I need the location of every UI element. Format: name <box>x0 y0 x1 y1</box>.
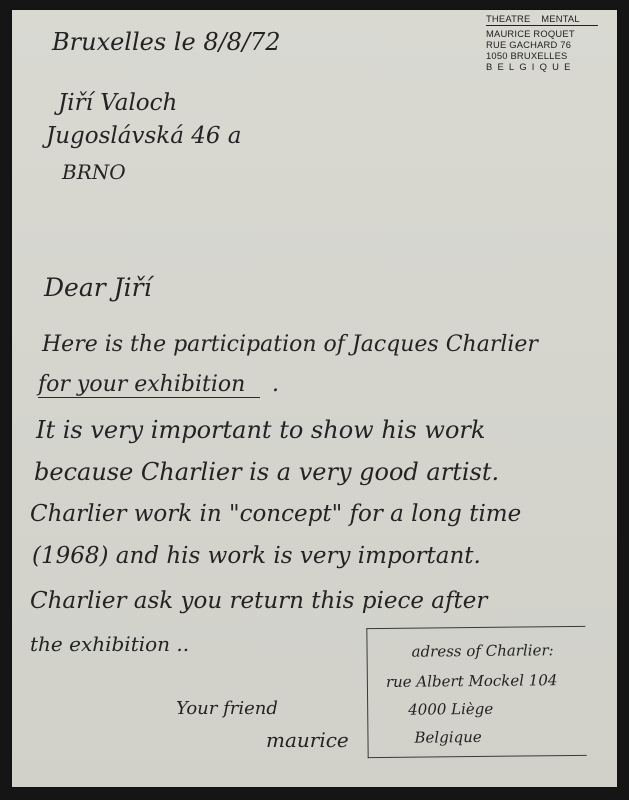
letterhead-street: RUE GACHARD 76 <box>486 39 598 50</box>
letterhead-title: THEATRE MENTAL <box>486 13 598 26</box>
letterhead: THEATRE MENTAL MAURICE ROQUET RUE GACHAR… <box>486 13 598 72</box>
body-line-2-period: . <box>272 374 279 396</box>
body-line-3: It is very important to show his work <box>36 418 485 442</box>
letterhead-city: 1050 BRUXELLES <box>486 50 598 61</box>
address-note-street: rue Albert Mockel 104 <box>386 673 558 690</box>
signature: maurice <box>266 730 349 750</box>
address-note-heading: adress of Charlier: <box>412 643 554 659</box>
body-line-4: because Charlier is a very good artist. <box>34 460 499 484</box>
address-note-box: adress of Charlier: rue Albert Mockel 10… <box>366 626 586 758</box>
address-note-country: Belgique <box>414 730 481 746</box>
body-line-2: for your exhibition <box>38 374 260 398</box>
recipient-city: BRNO <box>62 162 126 182</box>
body-line-6: (1968) and his work is very important. <box>32 545 481 568</box>
recipient-name: Jiří Valoch <box>58 92 177 115</box>
place-date: Bruxelles le 8/8/72 <box>52 30 281 54</box>
recipient-street: Jugoslávská 46 a <box>46 125 242 148</box>
salutation: Dear Jiří <box>44 275 152 300</box>
body-line-7: Charlier ask you return this piece after <box>30 590 487 613</box>
body-line-8: the exhibition .. <box>30 634 189 654</box>
body-line-5: Charlier work in "concept" for a long ti… <box>30 503 521 526</box>
body-line-1: Here is the participation of Jacques Cha… <box>42 334 538 356</box>
address-note-city: 4000 Liège <box>408 702 493 718</box>
closing: Your friend <box>176 700 278 718</box>
letterhead-name: MAURICE ROQUET <box>486 28 598 39</box>
letterhead-country: BELGIQUE <box>486 61 598 72</box>
